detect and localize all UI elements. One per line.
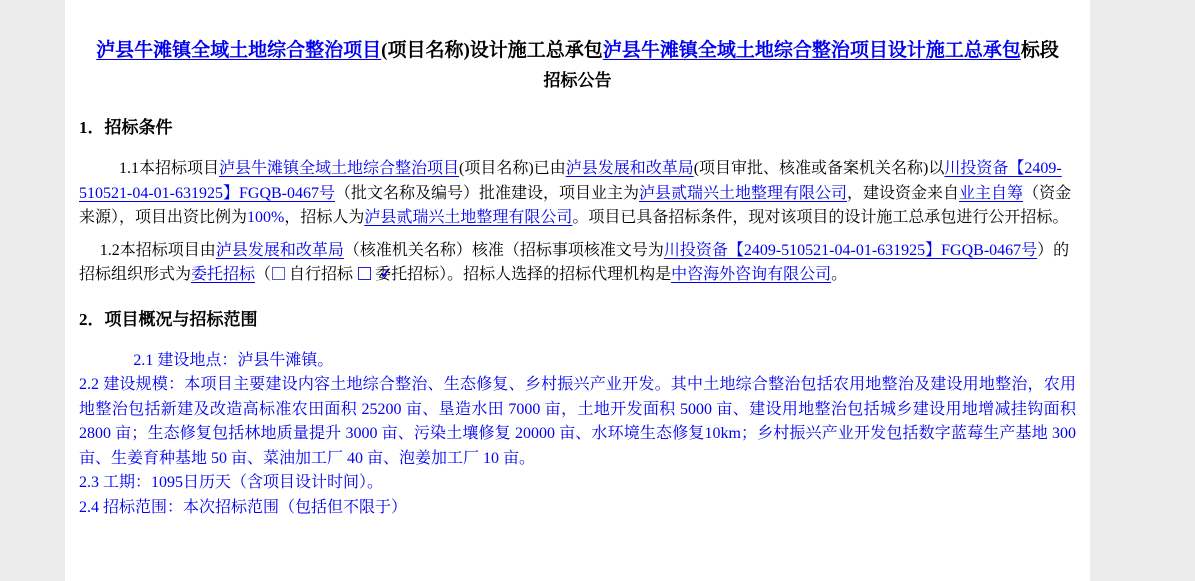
- document-paper: 泸县牛滩镇全域土地综合整治项目(项目名称)设计施工总承包泸县牛滩镇全域土地综合整…: [65, 0, 1090, 581]
- text-run: 2.4 招标范围：本次招标范围（包括但不限于）: [79, 499, 407, 516]
- text-run: 川投资备【2409-510521-04-01-631925】FGQB-0467号: [664, 242, 1037, 259]
- text-run: （批文名称及编号）批准建设，项目业主为: [335, 185, 639, 202]
- text-run: ，招标人为: [284, 209, 364, 226]
- paragraph-2-3: 2.3 工期：1095日历天（含项目设计时间）。: [79, 471, 1076, 496]
- page-background: { "page": { "background": "#ececec", "pa…: [0, 0, 1195, 581]
- text-run: 。: [831, 266, 847, 283]
- text-run: 泸县贰瑞兴土地整理有限公司: [639, 185, 847, 202]
- text-run: 1.2本招标项目由: [100, 242, 216, 259]
- text-run: 委托招标: [191, 266, 255, 283]
- checkbox-unchecked-icon: [272, 267, 285, 280]
- text-run: 泸县牛滩镇全域土地综合整治项目设计施工总承包: [603, 40, 1021, 61]
- text-run: 业主自筹: [959, 185, 1023, 202]
- text-run: 委托招标）。招标人选择的招标代理机构是: [375, 266, 671, 283]
- section-2-heading: 2．项目概况与招标范围: [79, 308, 1076, 332]
- text-run: (项目名称)已由: [459, 160, 566, 177]
- paragraph-2-2: 2.2 建设规模：本项目主要建设内容土地综合整治、生态修复、乡村振兴产业开发。其…: [79, 373, 1076, 471]
- text-run: 泸县发展和改革局: [216, 242, 344, 259]
- text-run: (项目审批、核准或备案机关名称)以: [694, 160, 945, 177]
- text-run: （核准机关名称）核准（招标事项核准文号为: [344, 242, 664, 259]
- section-bid-conditions: 1．招标条件 1.1本招标项目泸县牛滩镇全域土地综合整治项目(项目名称)已由泸县…: [79, 116, 1076, 288]
- paragraph-2-1: 2.1 建设地点：泸县牛滩镇。: [79, 349, 1076, 374]
- paragraph-1-2: 1.2本招标项目由泸县发展和改革局（核准机关名称）核准（招标事项核准文号为川投资…: [79, 239, 1076, 288]
- paragraph-1-1: 1.1本招标项目泸县牛滩镇全域土地综合整治项目(项目名称)已由泸县发展和改革局(…: [79, 157, 1076, 231]
- text-run: 100%: [247, 209, 284, 226]
- text-run: 泸县发展和改革局: [566, 160, 694, 177]
- section-1-heading: 1．招标条件: [79, 116, 1076, 140]
- text-run: 泸县牛滩镇全域土地综合整治项目: [219, 160, 459, 177]
- text-run: 泸县牛滩镇全域土地综合整治项目: [96, 40, 381, 61]
- announcement-subtitle: 招标公告: [79, 66, 1076, 96]
- text-run: (项目名称)设计施工总承包: [381, 40, 603, 61]
- announcement-title: 泸县牛滩镇全域土地综合整治项目(项目名称)设计施工总承包泸县牛滩镇全域土地综合整…: [79, 36, 1076, 66]
- text-run: 2.1 建设地点：泸县牛滩镇。: [133, 352, 333, 369]
- text-run: ，建设资金来自: [847, 185, 959, 202]
- text-run: 2.2 建设规模：本项目主要建设内容土地综合整治、生态修复、乡村振兴产业开发。其…: [79, 376, 1076, 467]
- paragraph-2-4: 2.4 招标范围：本次招标范围（包括但不限于）: [79, 496, 1076, 521]
- text-run: 中咨海外咨询有限公司: [671, 266, 831, 283]
- text-run: 泸县贰瑞兴土地整理有限公司: [364, 209, 572, 226]
- checkbox-checked-icon: [358, 267, 371, 280]
- text-run: 1.1本招标项目: [119, 160, 219, 177]
- text-run: （: [255, 266, 271, 283]
- text-run: 自行招标: [289, 266, 357, 283]
- text-run: 2.3 工期：1095日历天（含项目设计时间）。: [79, 474, 383, 491]
- text-run: 标段: [1021, 40, 1059, 61]
- text-run: 。项目已具备招标条件，现对该项目的设计施工总承包进行公开招标。: [572, 209, 1068, 226]
- section-project-overview: 2．项目概况与招标范围 2.1 建设地点：泸县牛滩镇。 2.2 建设规模：本项目…: [79, 308, 1076, 521]
